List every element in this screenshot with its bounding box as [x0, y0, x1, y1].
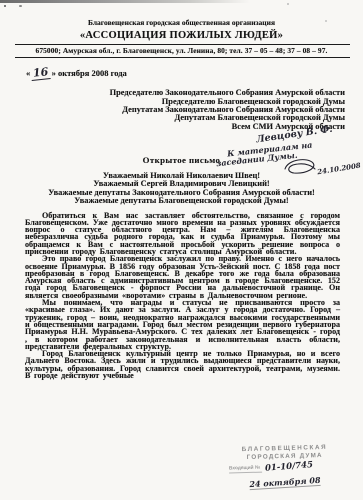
stamp-handwritten-date: 24 октября 08	[250, 475, 322, 490]
handwritten-day: 16	[31, 65, 52, 81]
signature-scribble-icon	[282, 156, 318, 176]
date-open-quote: «	[26, 68, 30, 78]
date-rest: » октября 2008 года	[52, 68, 127, 78]
letter-date: «16» октября 2008 года	[26, 66, 363, 80]
letter-body: Обратиться к Вам нас заставляет обстояте…	[25, 212, 340, 380]
body-paragraph: Обратиться к Вам нас заставляет обстояте…	[25, 212, 340, 256]
salutation-block: Уважаемый Николай Николаевич Швец! Уважа…	[0, 172, 363, 206]
letterhead: Благовещенская городская общественная ор…	[0, 0, 363, 41]
letterhead-divider-top	[15, 44, 350, 45]
scan-speck	[19, 5, 22, 7]
addressee-block: Председателю Законодательного Собрания А…	[0, 89, 345, 130]
organization-name-line2: «АССОЦИАЦИЯ ПОЖИЛЫХ ЛЮДЕЙ»	[0, 30, 363, 41]
body-paragraph: Это право город Благовещенск заслужил по…	[25, 255, 340, 299]
letterhead-divider-bottom	[15, 57, 350, 58]
scan-speck	[4, 5, 6, 7]
body-paragraph: Мы понимаем, что награды и статусы не пр…	[25, 299, 340, 350]
scan-edge-artifact	[0, 0, 250, 3]
body-paragraph: Город Благовещенск культурный центр не т…	[25, 350, 340, 379]
organization-address: 675000; Амурская обл., г. Благовещенск, …	[0, 46, 363, 55]
incoming-stamp: БЛАГОВЕЩЕНСКАЯ ГОРОДСКАЯ ДУМА Входящий №…	[228, 444, 341, 492]
organization-name-line1: Благовещенская городская общественная ор…	[0, 19, 363, 27]
scan-speck	[325, 20, 327, 22]
scanned-letter-page: Благовещенская городская общественная ор…	[0, 0, 363, 500]
salutation-line: Уважаемые депутаты Благовещенской городс…	[0, 197, 363, 205]
scan-speck	[287, 3, 289, 5]
